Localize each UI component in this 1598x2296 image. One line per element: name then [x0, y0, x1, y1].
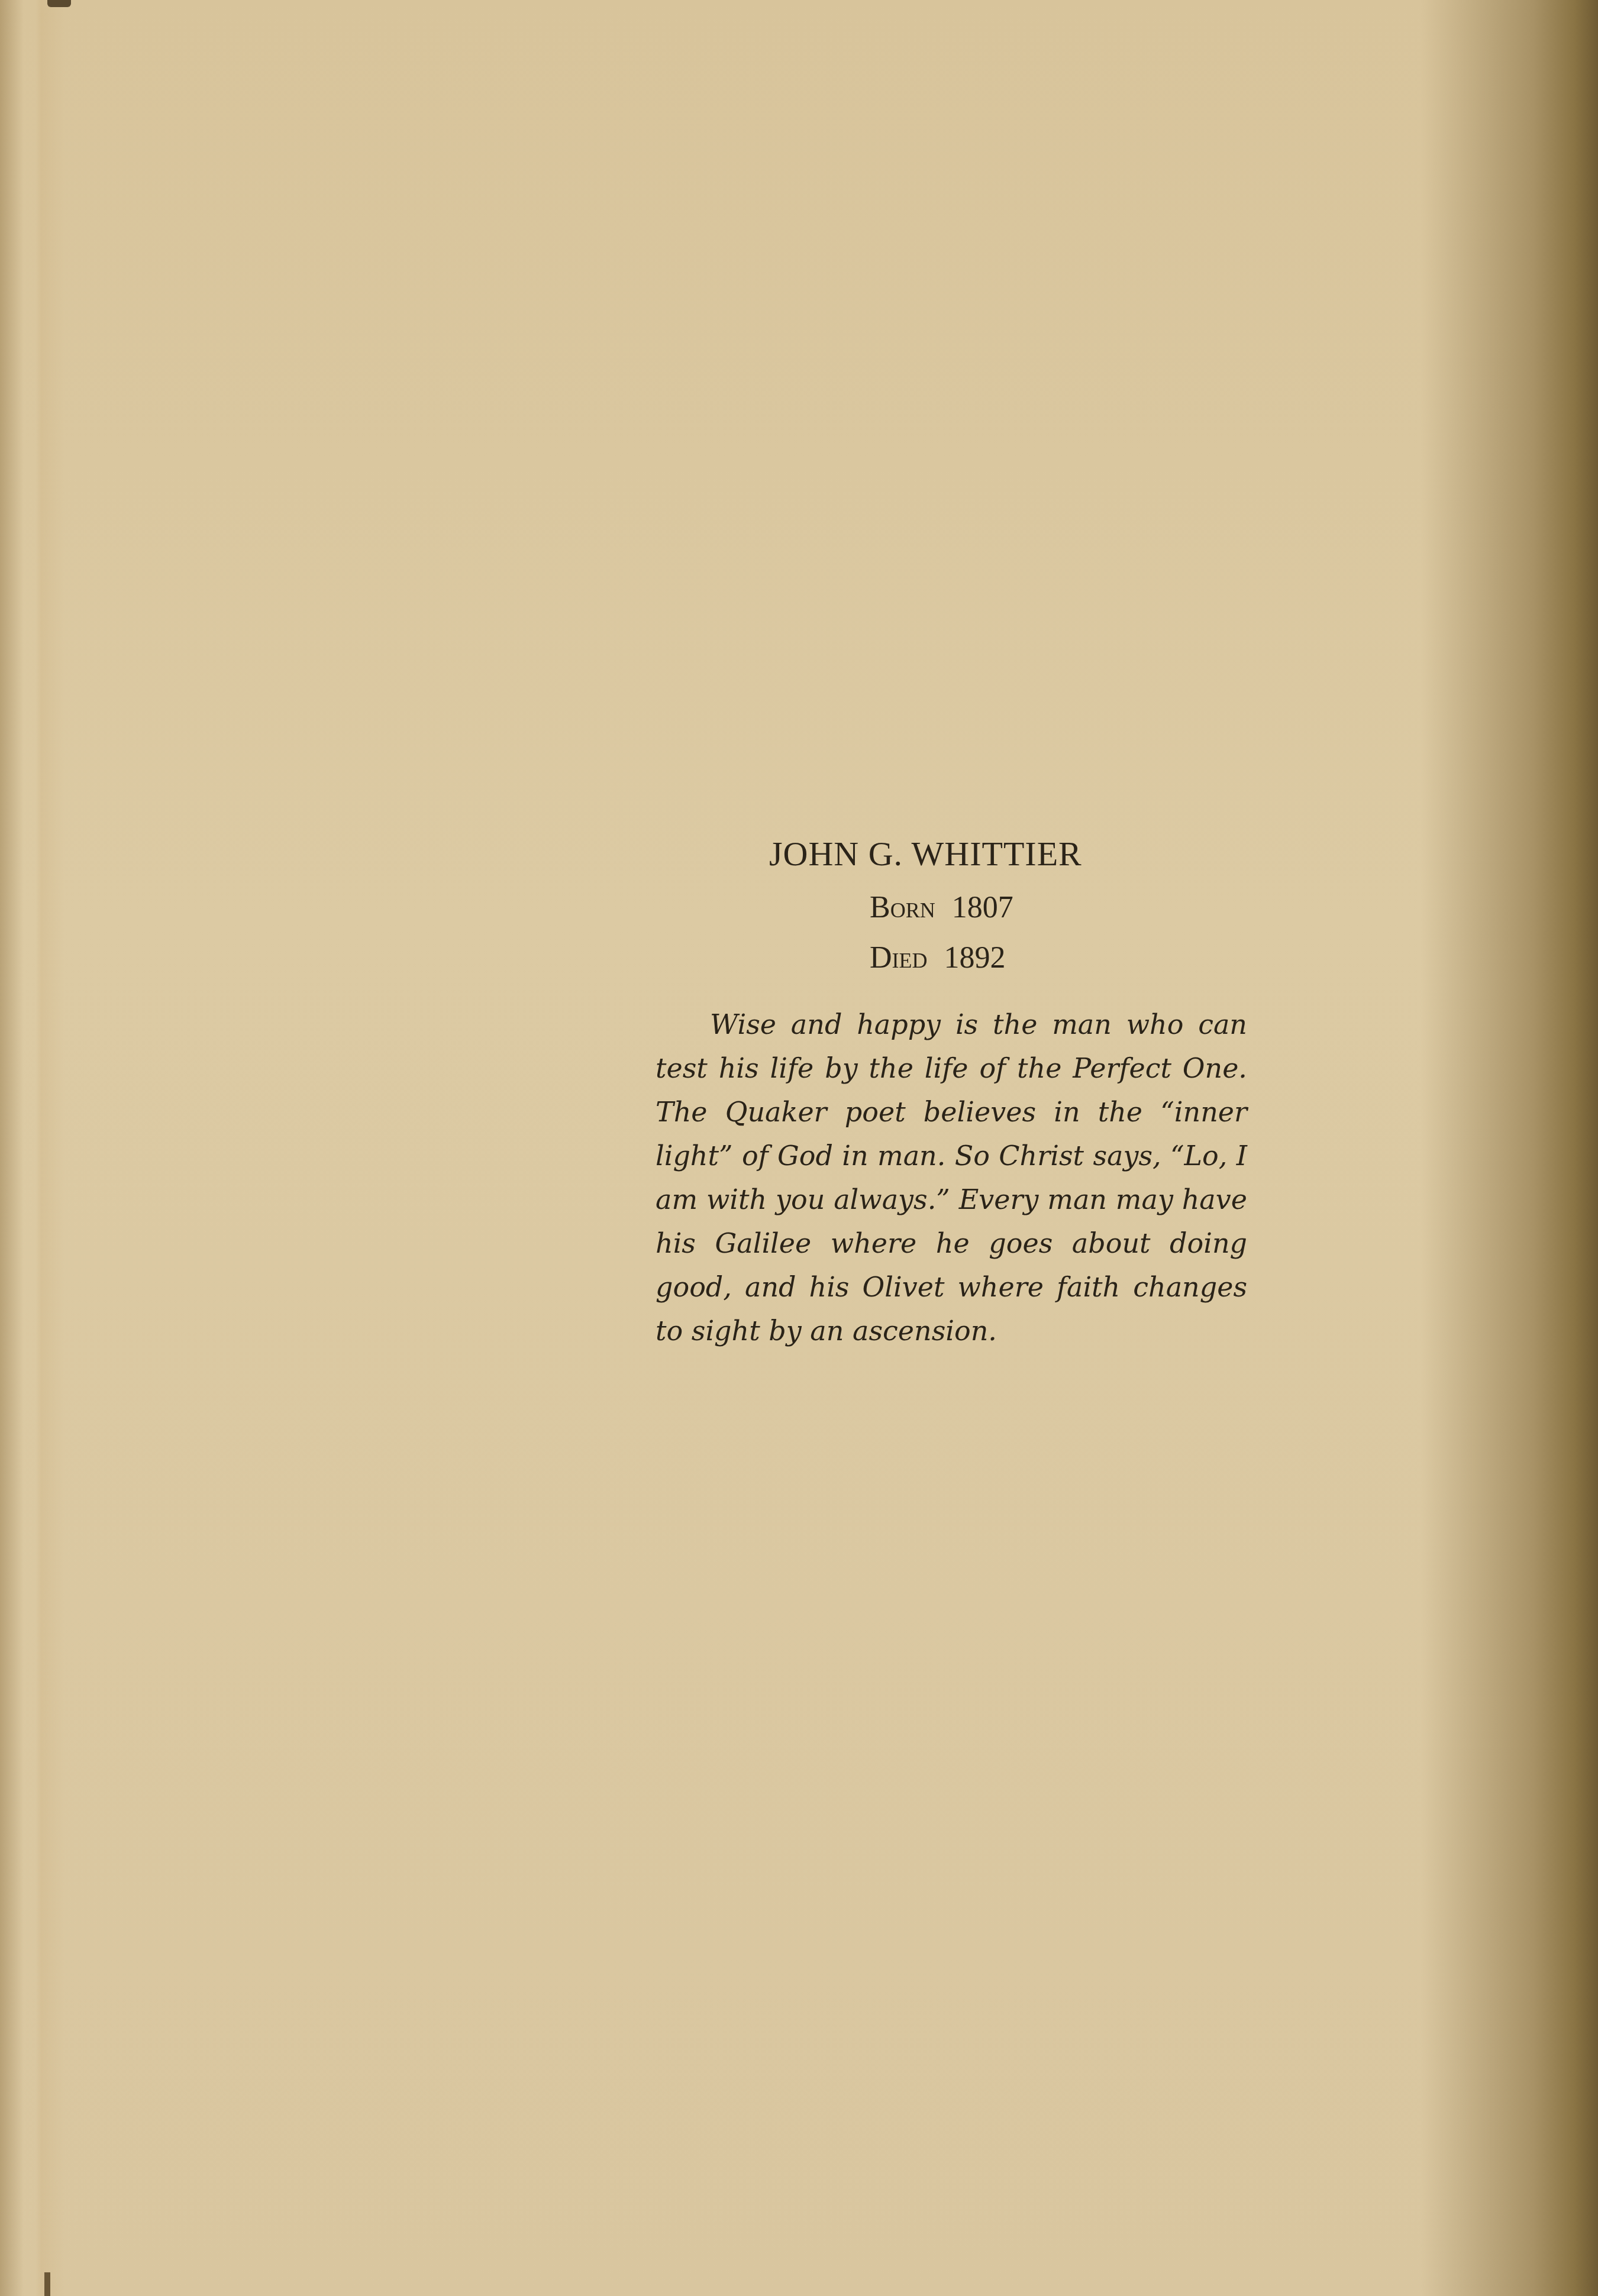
author-name: JOHN G. WHITTIER — [769, 834, 1082, 874]
page-edge-mark-bottom — [44, 2272, 50, 2296]
died-label: Died — [870, 941, 928, 975]
book-page: JOHN G. WHITTIER Born1807 Died1892 Wise … — [0, 0, 1598, 2296]
born-label: Born — [870, 891, 935, 924]
died-line: Died1892 — [870, 940, 1006, 975]
born-year: 1807 — [952, 891, 1013, 924]
epitaph-paragraph: Wise and happy is the man who can test h… — [656, 1003, 1247, 1353]
page-edge-mark — [47, 0, 71, 7]
born-line: Born1807 — [870, 890, 1013, 925]
died-year: 1892 — [944, 941, 1006, 975]
